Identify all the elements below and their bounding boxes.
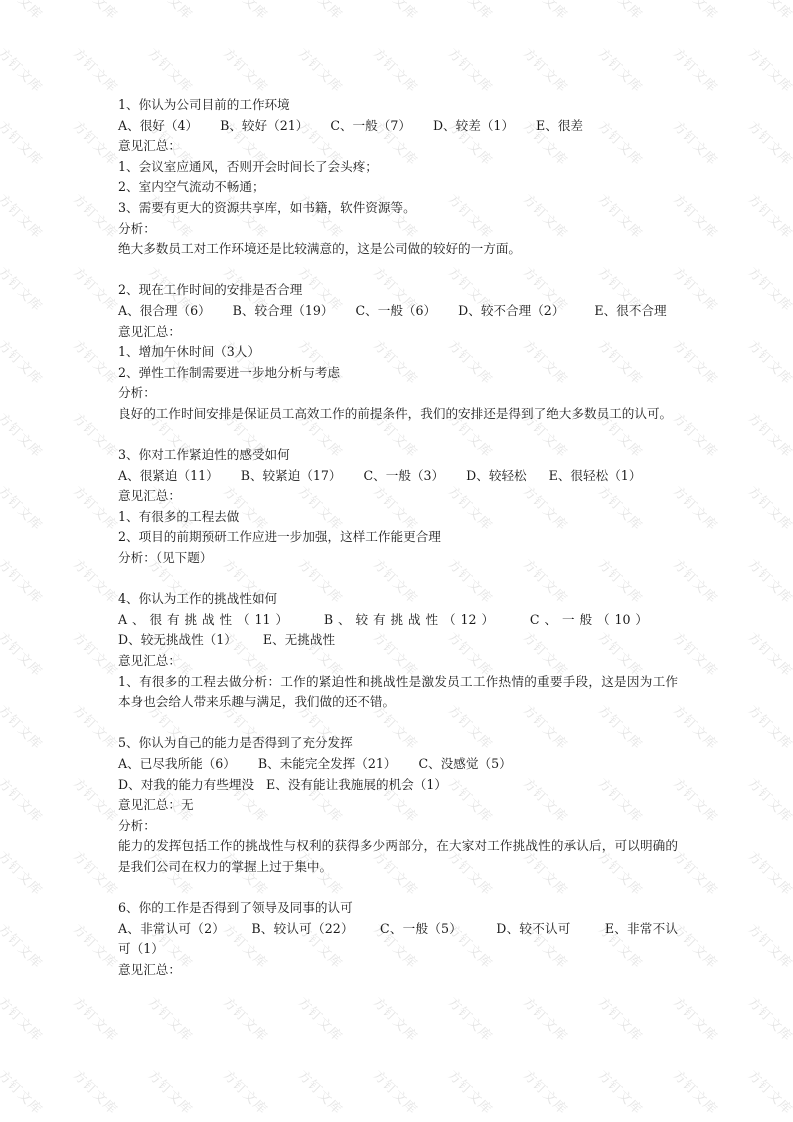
summary-label: 意见汇总： (118, 136, 678, 157)
option-a: A、已尽我所能（6） (118, 754, 236, 775)
question-title: 5、你认为自己的能力是否得到了充分发挥 (118, 733, 678, 754)
option-a: A、很合理（6） (118, 301, 211, 322)
watermark-text: 方钉文库 (745, 43, 793, 96)
watermark-text: 方钉文库 (0, 43, 48, 96)
watermark-text: 方钉文库 (0, 846, 48, 899)
watermark-text: 方钉文库 (70, 773, 123, 826)
watermark-text: 方钉文库 (70, 992, 123, 1045)
watermark-text: 方钉文库 (0, 0, 48, 23)
option-a: A、很好（4） (118, 116, 198, 137)
question-2: 2、现在工作时间的安排是否合理 A、很合理（6） B、较合理（19） C、一般（… (118, 280, 678, 424)
watermark-text: 方钉文库 (745, 262, 793, 315)
option-b: B、较有挑战性（12） (324, 612, 499, 627)
watermark-text: 方钉文库 (70, 408, 123, 461)
watermark-text: 方钉文库 (745, 700, 793, 753)
watermark-text: 方钉文库 (595, 1065, 648, 1118)
option-d: D、较不认可 (496, 921, 570, 936)
watermark-text: 方钉文库 (445, 0, 498, 23)
watermark-text: 方钉文库 (595, 0, 648, 23)
watermark-text: 方钉文库 (595, 992, 648, 1045)
watermark-text: 方钉文库 (370, 1065, 423, 1118)
answer-options-row-1: A、已尽我所能（6） B、未能完全发挥（21） C、没感觉（5） (118, 754, 678, 775)
option-a: A、很有挑战性（11） (118, 612, 293, 627)
question-1: 1、你认为公司目前的工作环境 A、很好（4） B、较好（21） C、一般（7） … (118, 95, 678, 260)
option-a: A、很紧迫（11） (118, 466, 219, 487)
summary-item: 1、有很多的工程去做 (118, 507, 678, 528)
spacer (118, 425, 678, 446)
option-d: D、较轻松 (466, 466, 526, 487)
watermark-text: 方钉文库 (220, 0, 273, 23)
watermark-text: 方钉文库 (595, 43, 648, 96)
watermark-text: 方钉文库 (70, 846, 123, 899)
watermark-text: 方钉文库 (370, 0, 423, 23)
spacer (118, 878, 678, 899)
answer-options: A、非常认可（2） B、较认可（22） C、一般（5） D、较不认可 E、非常不… (118, 919, 678, 960)
option-b: B、较紧迫（17） (241, 466, 342, 487)
analysis-label: 分析： (118, 816, 678, 837)
watermark-text: 方钉文库 (370, 43, 423, 96)
option-e: E、无挑战性 (263, 632, 335, 647)
watermark-text: 方钉文库 (0, 189, 48, 242)
watermark-text: 方钉文库 (0, 700, 48, 753)
summary-item: 2、室内空气流动不畅通； (118, 177, 678, 198)
answer-options-row-2: D、对我的能力有些埋没 E、没有能让我施展的机会（1） (118, 775, 678, 796)
watermark-text: 方钉文库 (670, 0, 723, 23)
question-5: 5、你认为自己的能力是否得到了充分发挥 A、已尽我所能（6） B、未能完全发挥（… (118, 733, 678, 877)
watermark-text: 方钉文库 (520, 1065, 573, 1118)
question-4: 4、你认为工作的挑战性如何 A、很有挑战性（11） B、较有挑战性（12） C、… (118, 589, 678, 713)
watermark-text: 方钉文库 (70, 1065, 123, 1118)
summary-label: 意见汇总： (118, 486, 678, 507)
watermark-text: 方钉文库 (70, 481, 123, 534)
watermark-text: 方钉文库 (745, 189, 793, 242)
option-b: B、未能完全发挥（21） (258, 754, 397, 775)
answer-options: A、很好（4） B、较好（21） C、一般（7） D、较差（1） E、很差 (118, 116, 678, 137)
watermark-text: 方钉文库 (520, 992, 573, 1045)
watermark-text: 方钉文库 (0, 919, 48, 972)
watermark-text: 方钉文库 (0, 481, 48, 534)
question-6: 6、你的工作是否得到了领导及同事的认可 A、非常认可（2） B、较认可（22） … (118, 898, 678, 980)
watermark-text: 方钉文库 (670, 992, 723, 1045)
watermark-text: 方钉文库 (70, 919, 123, 972)
option-c: C、一般（5） (380, 921, 462, 936)
option-d: D、较不合理（2） (458, 301, 564, 322)
answer-options: A、很有挑战性（11） B、较有挑战性（12） C、一般（10） D、较无挑战性… (118, 610, 678, 651)
watermark-text: 方钉文库 (0, 408, 48, 461)
summary-label: 意见汇总： (118, 960, 678, 981)
question-title: 6、你的工作是否得到了领导及同事的认可 (118, 898, 678, 919)
summary-item: 1、会议室应通风，否则开会时间长了会头疼； (118, 157, 678, 178)
watermark-text: 方钉文库 (520, 43, 573, 96)
watermark-text: 方钉文库 (295, 43, 348, 96)
watermark-text: 方钉文库 (0, 554, 48, 607)
watermark-text: 方钉文库 (745, 335, 793, 388)
watermark-text: 方钉文库 (445, 1065, 498, 1118)
watermark-text: 方钉文库 (745, 554, 793, 607)
watermark-text: 方钉文库 (70, 0, 123, 23)
watermark-text: 方钉文库 (520, 0, 573, 23)
option-c: C、一般（7） (330, 116, 411, 137)
answer-options: A、很合理（6） B、较合理（19） C、一般（6） D、较不合理（2） E、很… (118, 301, 678, 322)
watermark-text: 方钉文库 (295, 1065, 348, 1118)
analysis-label: 分析： (118, 219, 678, 240)
option-c: C、没感觉（5） (418, 754, 511, 775)
option-b: B、较认可（22） (251, 921, 353, 936)
watermark-text: 方钉文库 (745, 408, 793, 461)
watermark-text: 方钉文库 (745, 919, 793, 972)
option-c: C、一般（3） (364, 466, 445, 487)
option-d: D、较差（1） (433, 116, 514, 137)
spacer (118, 569, 678, 590)
option-d: D、较无挑战性（1） (118, 632, 237, 647)
watermark-text: 方钉文库 (0, 1065, 48, 1118)
watermark-text: 方钉文库 (445, 992, 498, 1045)
watermark-text: 方钉文库 (220, 43, 273, 96)
option-d: D、对我的能力有些埋没 (118, 775, 254, 796)
watermark-text: 方钉文库 (745, 773, 793, 826)
option-c: C、一般（6） (356, 301, 437, 322)
watermark-text: 方钉文库 (670, 43, 723, 96)
summary-text: 1、有很多的工程去做分析：工作的紧迫性和挑战性是激发员工工作热情的重要手段，这是… (118, 672, 678, 713)
question-3: 3、你对工作紧迫性的感受如何 A、很紧迫（11） B、较紧迫（17） C、一般（… (118, 445, 678, 569)
spacer (118, 713, 678, 734)
summary-label: 意见汇总： (118, 651, 678, 672)
watermark-text: 方钉文库 (145, 0, 198, 23)
question-title: 4、你认为工作的挑战性如何 (118, 589, 678, 610)
watermark-text: 方钉文库 (0, 627, 48, 680)
answer-options: A、很紧迫（11） B、较紧迫（17） C、一般（3） D、较轻松 E、很轻松（… (118, 466, 678, 487)
watermark-text: 方钉文库 (445, 43, 498, 96)
watermark-text: 方钉文库 (70, 627, 123, 680)
watermark-text: 方钉文库 (220, 992, 273, 1045)
option-c: C、一般（10） (530, 612, 648, 627)
summary-item: 2、项目的前期预研工作应进一步加强，这样工作能更合理 (118, 527, 678, 548)
watermark-text: 方钉文库 (745, 116, 793, 169)
option-b: B、较合理（19） (233, 301, 334, 322)
option-e: E、很轻松（1） (549, 466, 642, 487)
watermark-text: 方钉文库 (145, 1065, 198, 1118)
watermark-text: 方钉文库 (745, 627, 793, 680)
watermark-text: 方钉文库 (0, 992, 48, 1045)
analysis-text: 能力的发挥包括工作的挑战性与权利的获得多少两部分，在大家对工作挑战性的承认后，可… (118, 836, 678, 877)
document-page: 1、你认为公司目前的工作环境 A、很好（4） B、较好（21） C、一般（7） … (118, 95, 678, 981)
analysis-text: 良好的工作时间安排是保证员工高效工作的前提条件，我们的安排还是得到了绝大多数员工… (118, 404, 678, 425)
analysis-label: 分析： (118, 383, 678, 404)
watermark-text: 方钉文库 (70, 554, 123, 607)
watermark-text: 方钉文库 (70, 116, 123, 169)
watermark-text: 方钉文库 (70, 189, 123, 242)
option-b: B、较好（21） (220, 116, 308, 137)
watermark-text: 方钉文库 (70, 700, 123, 753)
watermark-text: 方钉文库 (220, 1065, 273, 1118)
watermark-text: 方钉文库 (0, 773, 48, 826)
watermark-text: 方钉文库 (745, 992, 793, 1045)
analysis-text: 绝大多数员工对工作环境还是比较满意的，这是公司做的较好的一方面。 (118, 239, 678, 260)
watermark-text: 方钉文库 (670, 1065, 723, 1118)
watermark-text: 方钉文库 (70, 43, 123, 96)
watermark-text: 方钉文库 (70, 335, 123, 388)
watermark-text: 方钉文库 (70, 262, 123, 315)
watermark-text: 方钉文库 (0, 116, 48, 169)
question-title: 3、你对工作紧迫性的感受如何 (118, 445, 678, 466)
watermark-text: 方钉文库 (745, 481, 793, 534)
summary-item: 2、弹性工作制需要进一步地分析与考虑 (118, 363, 678, 384)
option-e: E、很差 (536, 116, 583, 137)
watermark-text: 方钉文库 (370, 992, 423, 1045)
option-e: E、没有能让我施展的机会（1） (266, 775, 447, 796)
watermark-text: 方钉文库 (145, 43, 198, 96)
summary-item: 1、增加午休时间（3人） (118, 342, 678, 363)
watermark-text: 方钉文库 (0, 335, 48, 388)
watermark-text: 方钉文库 (0, 262, 48, 315)
summary-label: 意见汇总： (118, 322, 678, 343)
question-title: 1、你认为公司目前的工作环境 (118, 95, 678, 116)
watermark-text: 方钉文库 (295, 0, 348, 23)
watermark-text: 方钉文库 (745, 0, 793, 23)
watermark-text: 方钉文库 (145, 992, 198, 1045)
watermark-text: 方钉文库 (295, 992, 348, 1045)
watermark-text: 方钉文库 (745, 1065, 793, 1118)
spacer (118, 260, 678, 281)
question-title: 2、现在工作时间的安排是否合理 (118, 280, 678, 301)
option-e: E、很不合理 (594, 301, 666, 322)
watermark-text: 方钉文库 (745, 846, 793, 899)
analysis-label: 分析：（见下题） (118, 548, 678, 569)
option-a: A、非常认可（2） (118, 921, 225, 936)
summary-item: 3、需要有更大的资源共享库，如书籍，软件资源等。 (118, 198, 678, 219)
summary-label: 意见汇总：无 (118, 795, 678, 816)
